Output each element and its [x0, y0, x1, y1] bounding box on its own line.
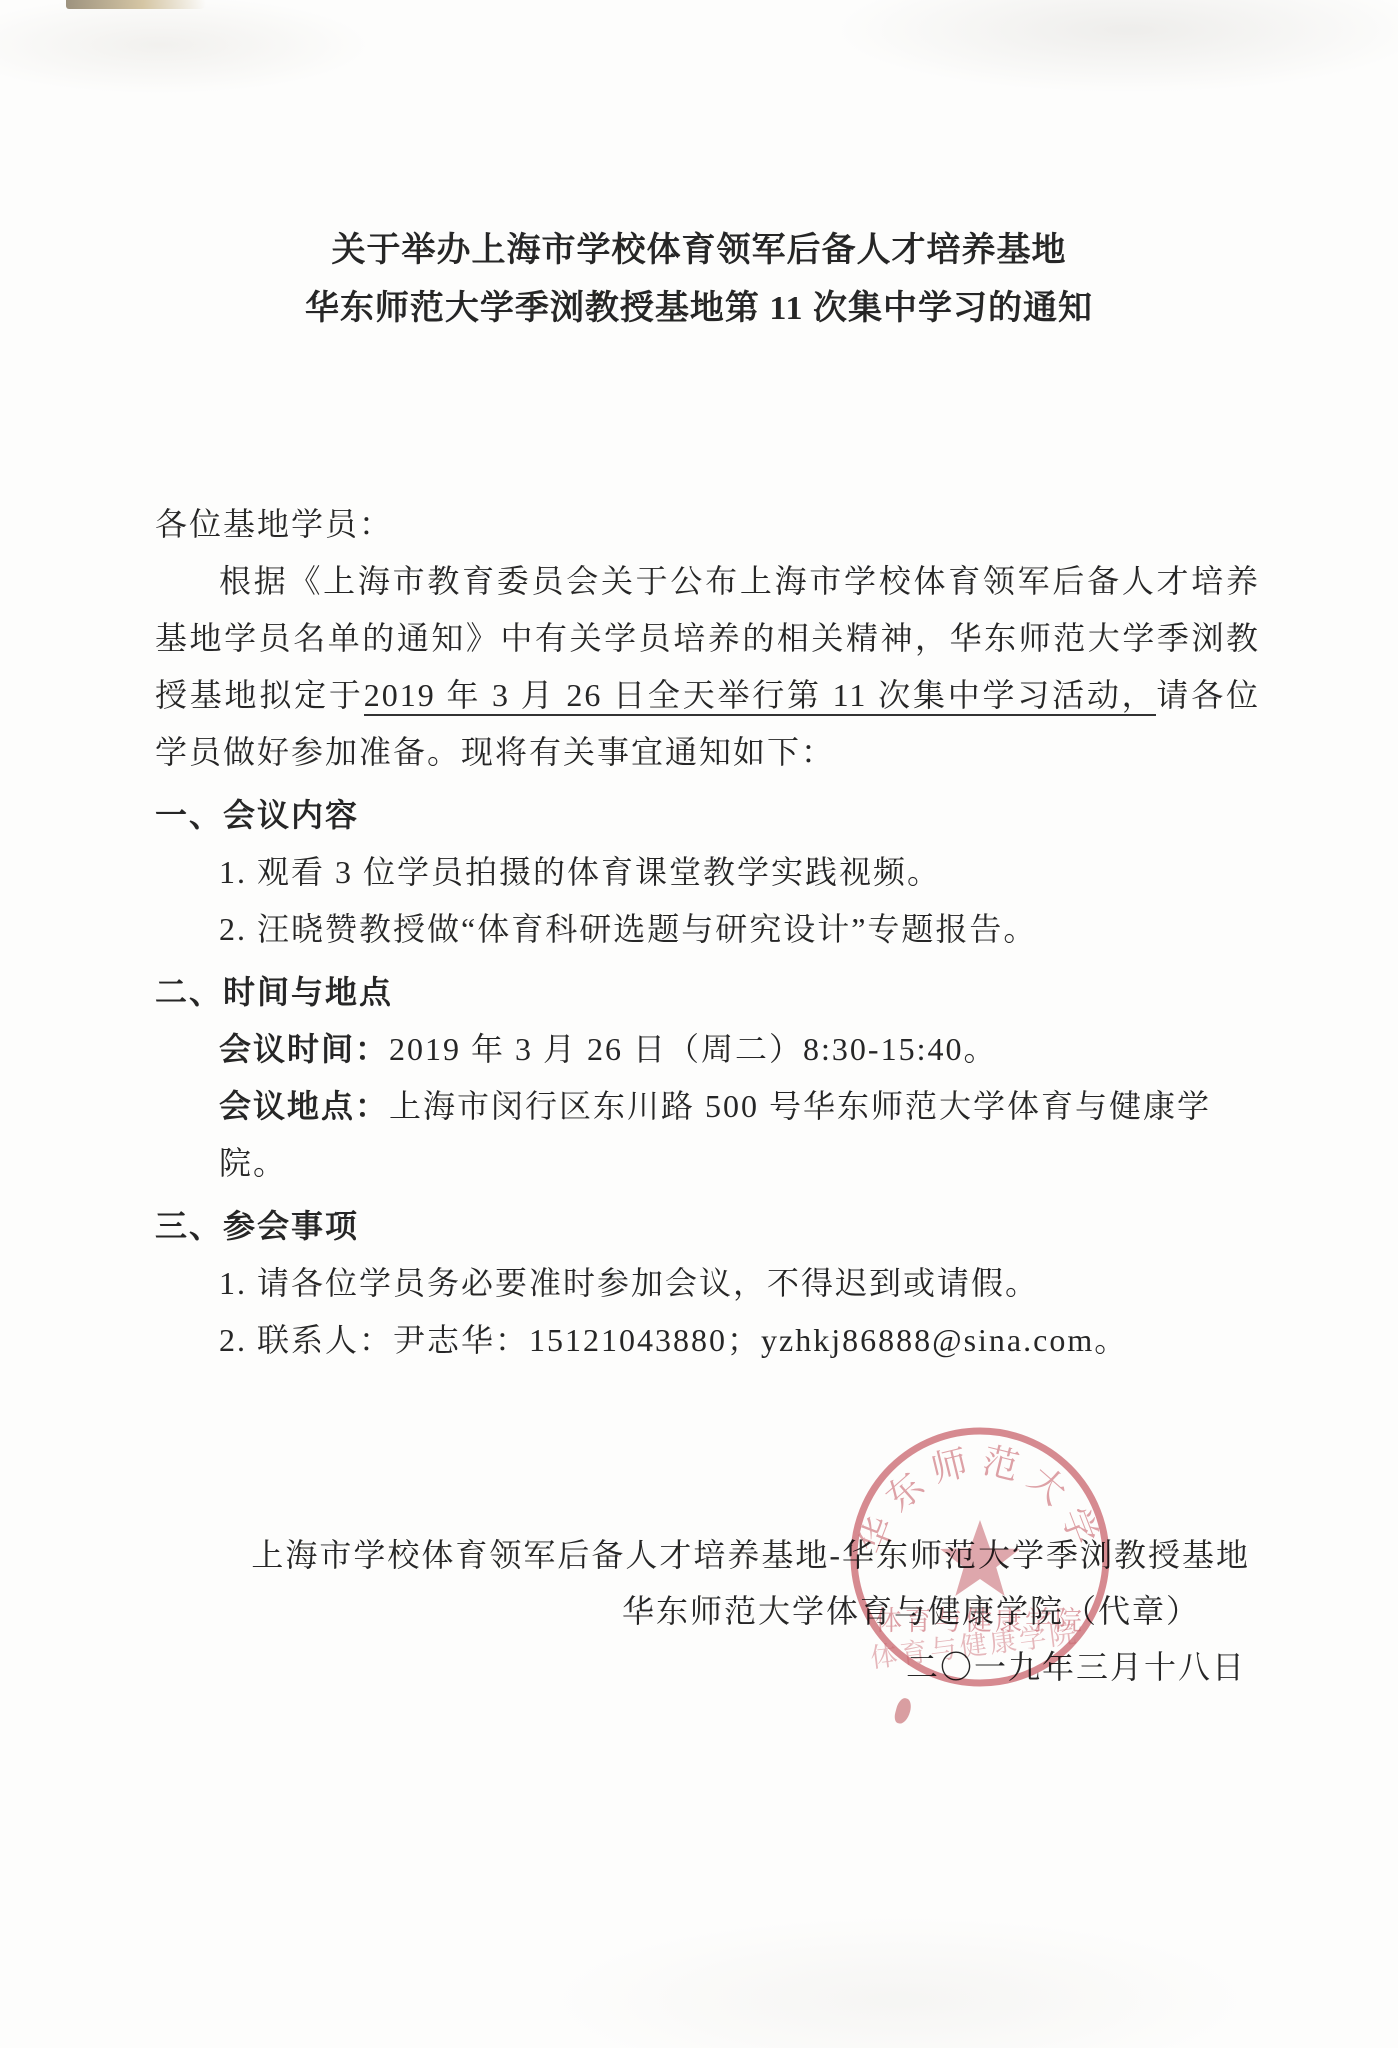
meeting-time-label: 会议时间： — [219, 1031, 389, 1067]
intro-paragraph: 根据《上海市教育委员会关于公布上海市学校体育领军后备人才培养基地学员名单的通知》… — [155, 553, 1260, 781]
title-line-1: 关于举办上海市学校体育领军后备人才培养基地 — [0, 222, 1398, 280]
seal-ink-drip — [893, 1697, 913, 1726]
signature-line-1: 上海市学校体育领军后备人才培养基地-华东师范大学季浏教授基地 — [0, 1527, 1250, 1583]
intro-text-underlined: 2019 年 3 月 26 日全天举行第 11 次集中学习活动， — [364, 677, 1157, 716]
scan-smudge-artifact — [66, 0, 206, 9]
salutation: 各位基地学员： — [155, 496, 1260, 553]
section-1-item-1: 1. 观看 3 位学员拍摄的体育课堂教学实践视频。 — [155, 844, 1260, 901]
signature-date: 二〇一九年三月十八日 — [0, 1639, 1250, 1695]
signature-block: 上海市学校体育领军后备人才培养基地-华东师范大学季浏教授基地 华东师范大学体育与… — [0, 1527, 1250, 1695]
section-3-heading: 三、参会事项 — [155, 1198, 1260, 1255]
meeting-place-label: 会议地点： — [219, 1088, 389, 1124]
document-title: 关于举办上海市学校体育领军后备人才培养基地 华东师范大学季浏教授基地第 11 次… — [0, 0, 1398, 338]
section-3-item-2: 2. 联系人：尹志华：15121043880；yzhkj86888@sina.c… — [155, 1312, 1260, 1369]
meeting-time-value: 2019 年 3 月 26 日（周二）8:30-15:40。 — [389, 1031, 997, 1067]
section-2-item-time: 会议时间：2019 年 3 月 26 日（周二）8:30-15:40。 — [155, 1021, 1260, 1078]
section-1-heading: 一、会议内容 — [155, 787, 1260, 844]
section-2-heading: 二、时间与地点 — [155, 964, 1260, 1021]
title-line-2: 华东师范大学季浏教授基地第 11 次集中学习的通知 — [0, 280, 1398, 338]
signature-line-2: 华东师范大学体育与健康学院（代章） — [0, 1583, 1250, 1639]
document-page: 关于举办上海市学校体育领军后备人才培养基地 华东师范大学季浏教授基地第 11 次… — [0, 0, 1398, 2048]
section-2-item-place: 会议地点：上海市闵行区东川路 500 号华东师范大学体育与健康学院。 — [155, 1078, 1260, 1192]
document-body: 各位基地学员： 根据《上海市教育委员会关于公布上海市学校体育领军后备人才培养基地… — [155, 496, 1260, 1369]
section-3-item-1: 1. 请各位学员务必要准时参加会议，不得迟到或请假。 — [155, 1255, 1260, 1312]
section-1-item-2: 2. 汪晓赞教授做“体育科研选题与研究设计”专题报告。 — [155, 901, 1260, 958]
